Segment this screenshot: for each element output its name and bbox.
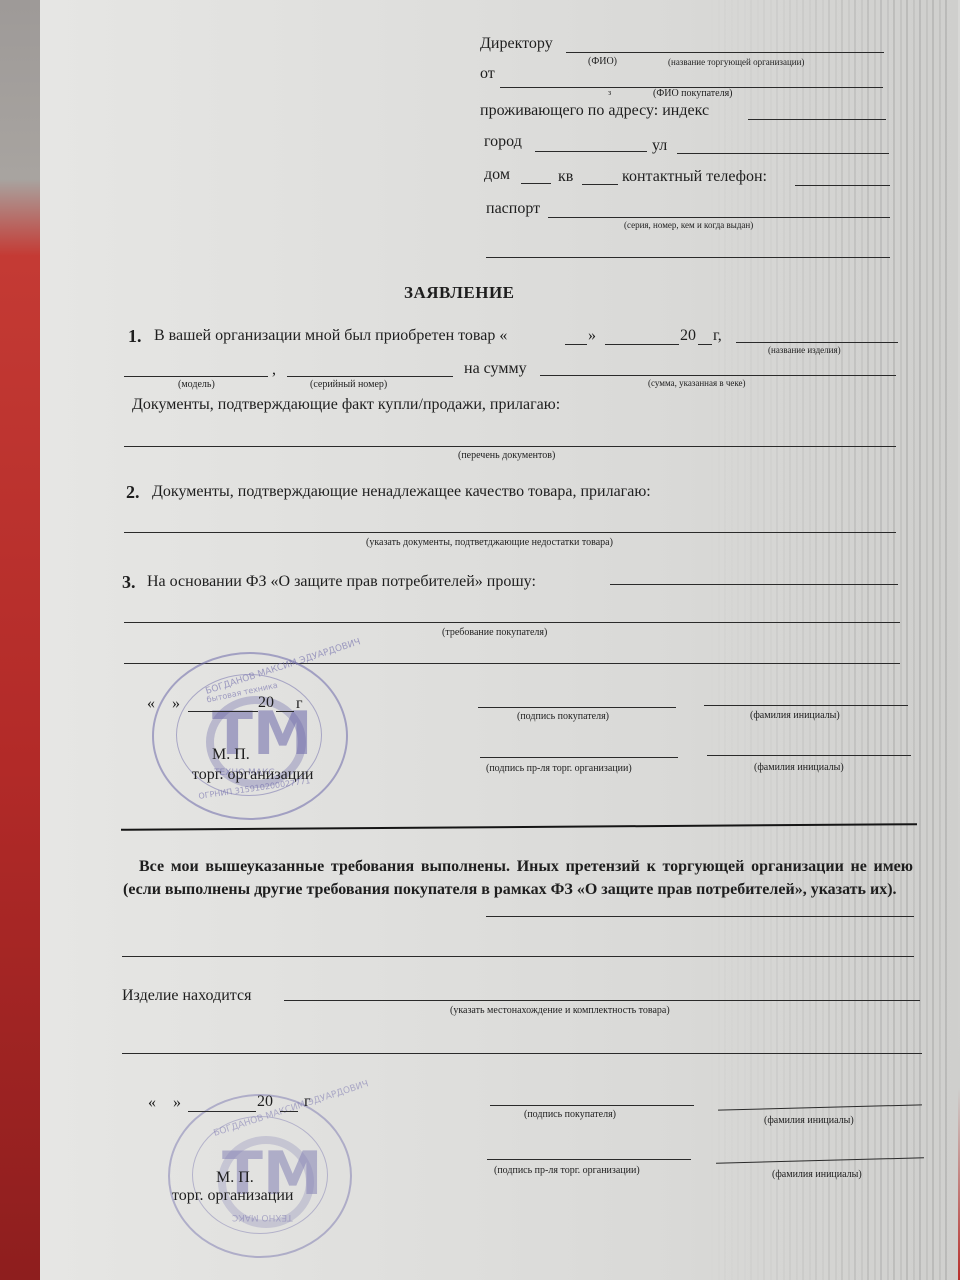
apartment-label: кв — [558, 169, 573, 185]
passport-field-line-2[interactable] — [486, 257, 890, 258]
defect-docs-hint: (указать документы, подтветджающие недос… — [366, 538, 613, 548]
section-3-text: На основании ФЗ «О защите прав потребите… — [147, 574, 536, 590]
house-field[interactable] — [521, 183, 551, 184]
sign-date-month-field[interactable] — [188, 711, 258, 712]
section-3-number: 3. — [122, 573, 136, 591]
from-label: от — [480, 66, 495, 82]
seller-signature-hint-2: (подпись пр-ля торг. организации) — [494, 1166, 640, 1176]
sum-field[interactable] — [540, 375, 896, 376]
buyer-name-field[interactable] — [704, 705, 908, 706]
seller-signature-field[interactable] — [480, 757, 678, 758]
address-label: проживающего по адресу: индекс — [480, 103, 709, 119]
sign-year-field[interactable] — [276, 711, 294, 712]
purchase-year-field[interactable] — [698, 344, 712, 345]
seal-label: М. П. — [212, 747, 250, 763]
purchase-docs-hint: (перечень документов) — [458, 451, 555, 461]
sign-2-year-prefix: 20 — [257, 1094, 273, 1110]
year-prefix: 20 — [680, 328, 696, 344]
background-left — [0, 0, 42, 1280]
location-hint: (указать местонахождение и комплектность… — [450, 1006, 670, 1016]
other-demands-field-line-2[interactable] — [122, 956, 914, 957]
page-title: ЗАЯВЛЕНИЕ — [404, 284, 515, 301]
passport-hint: (серия, номер, кем и когда выдан) — [624, 221, 753, 230]
buyer-signature-hint-2: (подпись покупателя) — [524, 1110, 616, 1120]
buyer-signature-field[interactable] — [478, 707, 676, 708]
passport-label: паспорт — [486, 201, 540, 217]
section-2-text: Документы, подтверждающие ненадлежащее к… — [152, 484, 651, 500]
director-field[interactable] — [566, 52, 884, 53]
date-open-quote: « — [147, 696, 155, 712]
product-hint: (название изделия) — [768, 346, 841, 355]
purchase-day-field[interactable] — [565, 344, 587, 345]
comma: , — [272, 362, 276, 378]
passport-field[interactable] — [548, 217, 890, 218]
org-name-hint: (название торгующей организации) — [668, 58, 804, 67]
date-2-open-quote: « — [148, 1095, 156, 1111]
to-director-label: Директору — [480, 36, 553, 52]
company-stamp: TM БОГДАНОВ МАКСИМ ЭДУАРДОВИЧ бытовая те… — [152, 652, 348, 820]
buyer-fio-hint: (ФИО покупателя) — [653, 89, 733, 99]
serial-hint: (серийный номер) — [310, 380, 387, 390]
buyer-signature-hint: (подпись покупателя) — [517, 712, 609, 722]
company-stamp-2: TM БОГДАНОВ МАКСИМ ЭДУАРДОВИЧ ТЕХНО МАКС — [168, 1094, 352, 1258]
quote-close: » — [588, 328, 596, 344]
sign-year-prefix: 20 — [258, 695, 274, 711]
location-field-line-2[interactable] — [122, 1053, 922, 1054]
sign-2-year-field[interactable] — [280, 1111, 298, 1112]
section-1-number: 1. — [128, 327, 142, 345]
seal-2-org-label: торг. организации — [172, 1188, 293, 1204]
location-field[interactable] — [284, 1000, 920, 1001]
section-1-text: В вашей организации мной был приобретен … — [154, 328, 507, 344]
buyer-signature-field-2[interactable] — [490, 1105, 694, 1106]
house-label: дом — [484, 167, 510, 183]
buyer-name-hint: (фамилия инициалы) — [750, 711, 840, 721]
location-label: Изделие находится — [122, 988, 251, 1004]
buyer-name-hint-2: (фамилия инициалы) — [764, 1116, 854, 1126]
print-streaks — [700, 0, 950, 1280]
sign-year-suffix: г — [296, 696, 303, 712]
sign-2-date-month-field[interactable] — [188, 1111, 256, 1112]
phone-label: контактный телефон: — [622, 169, 767, 185]
year-suffix: г, — [713, 328, 722, 344]
demand-field-line-2[interactable] — [124, 622, 900, 623]
purchase-docs-text: Документы, подтверждающие факт купли/про… — [132, 397, 560, 413]
postal-index-field[interactable] — [748, 119, 886, 120]
model-field[interactable] — [124, 376, 268, 377]
seller-name-hint-2: (фамилия инициалы) — [772, 1170, 862, 1180]
seller-signature-field-2[interactable] — [487, 1159, 691, 1160]
completion-statement: Все мои вышеуказанные требования выполне… — [123, 855, 913, 901]
seller-signature-hint: (подпись пр-ля торг. организации) — [486, 764, 632, 774]
demand-field[interactable] — [610, 584, 898, 585]
city-label: город — [484, 134, 522, 150]
purchase-docs-field[interactable] — [124, 446, 896, 447]
serial-number-field[interactable] — [287, 376, 453, 377]
purchase-month-field[interactable] — [605, 344, 679, 345]
apartment-field[interactable] — [582, 184, 618, 185]
sign-2-year-suffix: г — [304, 1094, 311, 1110]
city-field[interactable] — [535, 151, 647, 152]
small-mark: з — [608, 89, 611, 97]
street-label: ул — [652, 138, 667, 154]
product-name-field[interactable] — [736, 342, 898, 343]
seal-org-label: торг. организации — [192, 767, 313, 783]
phone-field[interactable] — [795, 185, 890, 186]
fio-hint: (ФИО) — [588, 57, 617, 67]
section-2-number: 2. — [126, 483, 140, 501]
stamp-2-brand-text: ТЕХНО МАКС — [232, 1212, 293, 1222]
seal-2-label: М. П. — [216, 1170, 254, 1186]
other-demands-field[interactable] — [486, 916, 914, 917]
date-close-quote: » — [172, 696, 180, 712]
street-field[interactable] — [677, 153, 889, 154]
sum-hint: (сумма, указанная в чеке) — [648, 379, 746, 388]
seller-name-field[interactable] — [707, 755, 911, 756]
seller-name-hint: (фамилия инициалы) — [754, 763, 844, 773]
model-hint: (модель) — [178, 380, 215, 390]
date-2-close-quote: » — [173, 1095, 181, 1111]
demand-hint: (требование покупателя) — [442, 628, 547, 638]
sum-label: на сумму — [464, 361, 527, 377]
defect-docs-field[interactable] — [124, 532, 896, 533]
